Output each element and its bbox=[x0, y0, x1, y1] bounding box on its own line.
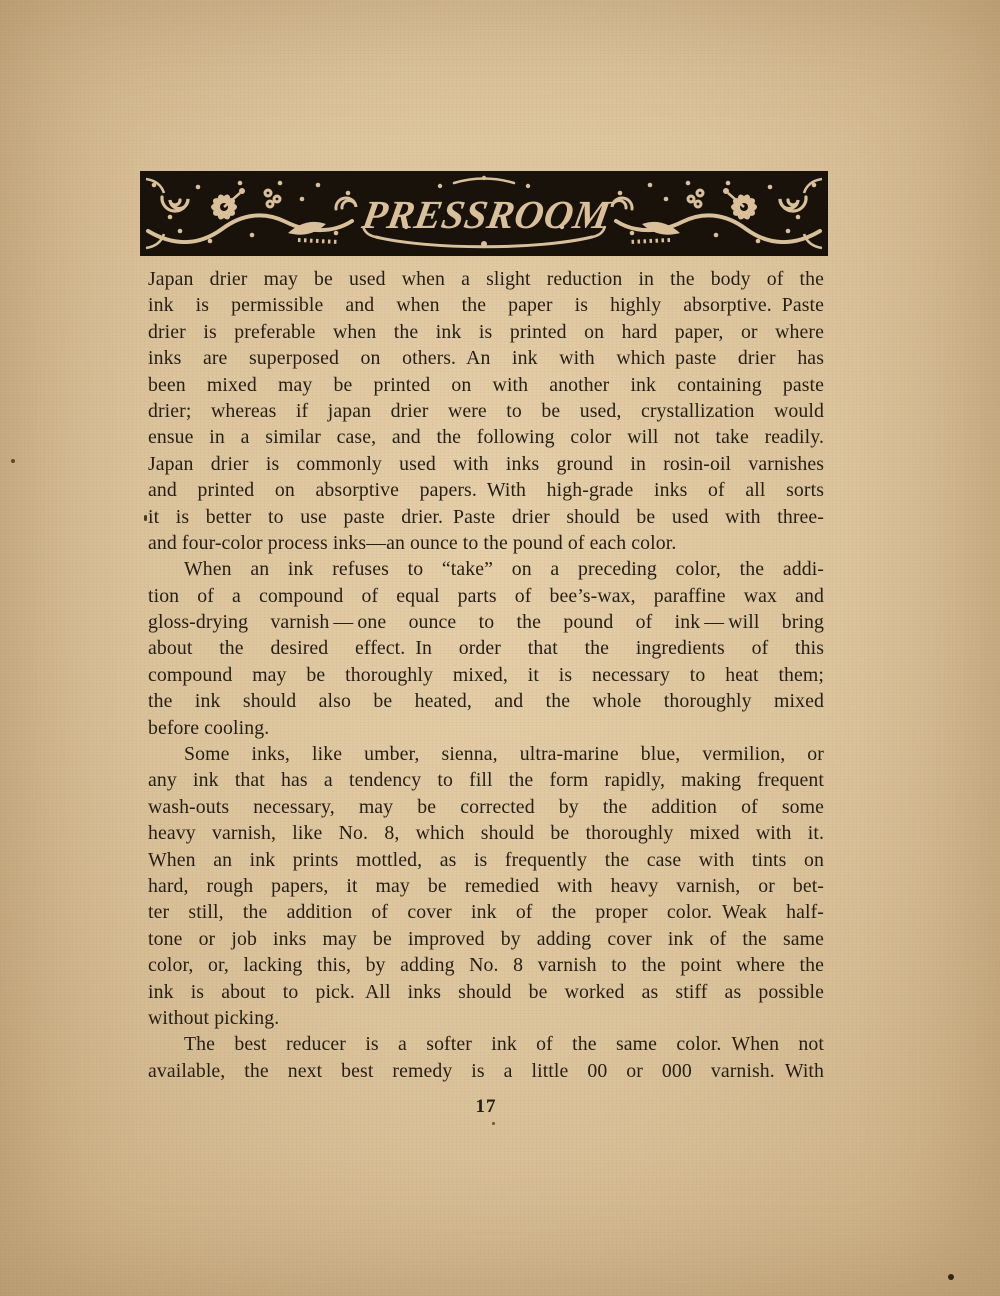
text-line: Some inks, like umber, sienna, ultra-mar… bbox=[148, 741, 824, 767]
text-line: before cooling. bbox=[148, 715, 824, 741]
pressroom-banner: PRESSROOM bbox=[140, 171, 828, 256]
text-line: about the desired effect. In order that … bbox=[148, 635, 824, 661]
banner-title: PRESSROOM bbox=[358, 192, 614, 237]
text-line: compound may be thoroughly mixed, it is … bbox=[148, 662, 824, 688]
text-line: Japan drier may be used when a slight re… bbox=[148, 266, 824, 292]
text-line: tone or job inks may be improved by addi… bbox=[148, 926, 824, 952]
text-line: ensue in a similar case, and the followi… bbox=[148, 424, 824, 450]
text-line: ink is about to pick. All inks should be… bbox=[148, 979, 824, 1005]
text-line: been mixed may be printed on with anothe… bbox=[148, 372, 824, 398]
text-line: When an ink prints mottled, as is freque… bbox=[148, 847, 824, 873]
text-line: The best reducer is a softer ink of the … bbox=[148, 1031, 824, 1057]
page-number: 17 bbox=[148, 1096, 824, 1118]
text-line: tion of a compound of equal parts of bee… bbox=[148, 583, 824, 609]
text-line: any ink that has a tendency to fill the … bbox=[148, 767, 824, 793]
text-line: wash-outs necessary, may be corrected by… bbox=[148, 794, 824, 820]
text-line: ter still, the addition of cover ink of … bbox=[148, 899, 824, 925]
text-line: the ink should also be heated, and the w… bbox=[148, 688, 824, 714]
text-line: without picking. bbox=[148, 1005, 824, 1031]
paper-speck bbox=[11, 459, 15, 463]
text-line: color, or, lacking this, by adding No. 8… bbox=[148, 952, 824, 978]
text-line: drier is preferable when the ink is prin… bbox=[148, 319, 824, 345]
text-line: and printed on absorptive papers. With h… bbox=[148, 477, 824, 503]
text-line: Japan drier is commonly used with inks g… bbox=[148, 451, 824, 477]
text-line: available, the next best remedy is a lit… bbox=[148, 1058, 824, 1084]
paper-speck bbox=[144, 515, 147, 521]
text-line: and four-color process inks—an ounce to … bbox=[148, 530, 824, 556]
text-line: heavy varnish, like No. 8, which should … bbox=[148, 820, 824, 846]
text-line: ink is permissible and when the paper is… bbox=[148, 292, 824, 318]
text-line: hard, rough papers, it may be remedied w… bbox=[148, 873, 824, 899]
text-line: it is better to use paste drier. Paste d… bbox=[148, 504, 824, 530]
paper-speck bbox=[492, 1122, 495, 1125]
text-line: gloss-drying varnish — one ounce to the … bbox=[148, 609, 824, 635]
text-line: When an ink refuses to “take” on a prece… bbox=[148, 556, 824, 582]
text-line: drier; whereas if japan drier were to be… bbox=[148, 398, 824, 424]
text-block: Japan drier may be used when a slight re… bbox=[148, 266, 824, 1084]
text-line: inks are superposed on others. An ink wi… bbox=[148, 345, 824, 371]
book-page: PRESSROOM Japan drier may be used when a… bbox=[0, 0, 1000, 1296]
paper-speck bbox=[948, 1274, 954, 1280]
